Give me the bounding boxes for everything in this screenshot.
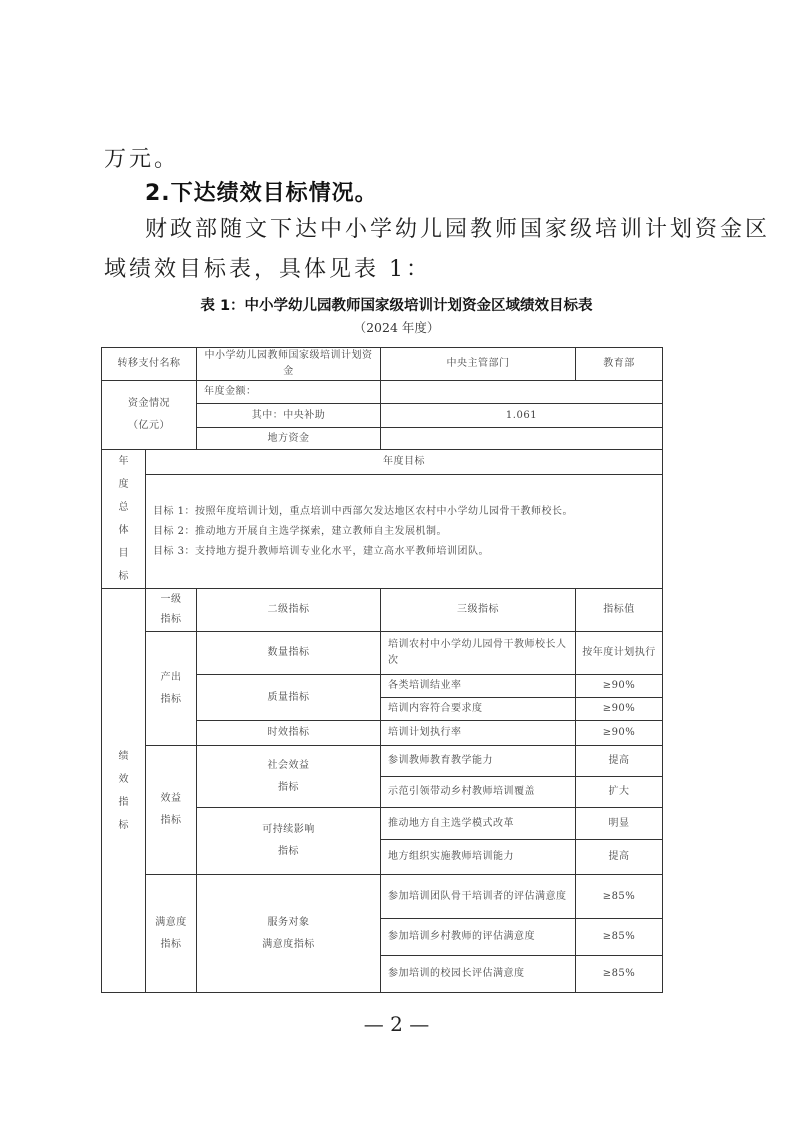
local-funds-value	[381, 428, 663, 450]
annual-goals-header: 年度目标	[146, 450, 663, 475]
level3-indicator: 参加培训团队骨干培训者的评估满意度	[381, 875, 576, 919]
service-label-line2: 满意度指标	[201, 934, 376, 956]
indicator-value: ≥85%	[576, 919, 663, 956]
body-text-line-1: 万元。	[104, 146, 179, 174]
level3-indicator: 参训教师教育教学能力	[381, 746, 576, 777]
table-row-goals-header: 年 度 总 体 目 标 年度目标	[102, 450, 663, 475]
side-char: 年	[106, 450, 141, 473]
page-number: — 2 —	[0, 1012, 793, 1036]
level3-indicator: 参加培训乡村教师的评估满意度	[381, 919, 576, 956]
quantity-indicator: 数量指标	[197, 632, 381, 675]
side-char: 绩	[106, 745, 141, 768]
table-subcaption: （2024 年度）	[0, 318, 793, 336]
indicator-value: 扩大	[576, 777, 663, 808]
timeliness-indicator: 时效指标	[197, 721, 381, 746]
table-row: 产出 指标 数量指标 培训农村中小学幼儿园骨干教师校长人次 按年度计划执行	[102, 632, 663, 675]
sustainable-label-line1: 可持续影响	[201, 819, 376, 841]
side-char: 度	[106, 473, 141, 496]
sustainable-label-line2: 指标	[201, 841, 376, 863]
satisfaction-label-line2: 指标	[150, 934, 192, 956]
transfer-name-label: 转移支付名称	[102, 348, 197, 381]
side-char: 体	[106, 519, 141, 542]
benefit-indicator-label: 效益 指标	[146, 746, 197, 875]
output-label-line2: 指标	[150, 689, 192, 711]
level3-indicator: 地方组织实施教师培训能力	[381, 840, 576, 875]
indicator-value: ≥85%	[576, 956, 663, 993]
social-label-line2: 指标	[201, 777, 376, 799]
level3-indicator: 参加培训的校园长评估满意度	[381, 956, 576, 993]
side-char: 总	[106, 496, 141, 519]
indicator-value: 提高	[576, 840, 663, 875]
benefit-label-line2: 指标	[150, 810, 192, 832]
annual-amount-label: 年度金额：	[197, 381, 381, 404]
goal-2: 目标 2：推动地方开展自主选学探索，建立教师自主发展机制。	[153, 522, 658, 542]
funds-label: 资金情况	[106, 393, 192, 415]
side-char: 标	[106, 814, 141, 837]
level3-column-header: 三级指标	[381, 589, 576, 632]
table-row-header: 转移支付名称 中小学幼儿园教师国家级培训计划资金 中央主管部门 教育部	[102, 348, 663, 381]
table-row: 满意度 指标 服务对象 满意度指标 参加培训团队骨干培训者的评估满意度 ≥85%	[102, 875, 663, 919]
dept-label: 中央主管部门	[381, 348, 576, 381]
table-row-indicator-columns: 绩 效 指 标 一级 指标 二级指标 三级指标 指标值	[102, 589, 663, 632]
level3-indicator: 推动地方自主选学模式改革	[381, 808, 576, 840]
table-row-goals-content: 目标 1：按照年度培训计划，重点培训中西部欠发达地区农村中小学幼儿园骨干教师校长…	[102, 475, 663, 589]
goal-1: 目标 1：按照年度培训计划，重点培训中西部欠发达地区农村中小学幼儿园骨干教师校长…	[153, 502, 658, 522]
side-char: 指	[106, 791, 141, 814]
indicator-value: ≥90%	[576, 721, 663, 746]
level3-indicator: 示范引领带动乡村教师培训覆盖	[381, 777, 576, 808]
level3-indicator: 培训内容符合要求度	[381, 698, 576, 721]
level3-indicator: 培训计划执行率	[381, 721, 576, 746]
central-subsidy-label: 其中：中央补助	[197, 404, 381, 428]
funds-label-cell: 资金情况 （亿元）	[102, 381, 197, 450]
body-text-line-2: 财政部随文下达中小学幼儿园教师国家级培训计划资金区	[145, 216, 770, 244]
level2-column-header: 二级指标	[197, 589, 381, 632]
transfer-name-value: 中小学幼儿园教师国家级培训计划资金	[197, 348, 381, 381]
output-indicator-label: 产出 指标	[146, 632, 197, 746]
indicator-value: ≥90%	[576, 675, 663, 698]
sustainable-impact-indicator: 可持续影响 指标	[197, 808, 381, 875]
section-heading: 2.下达绩效目标情况。	[145, 176, 378, 207]
level1-header-line2: 指标	[150, 610, 192, 630]
body-text-line-3: 域绩效目标表，具体见表 1：	[104, 256, 431, 284]
satisfaction-indicator-label: 满意度 指标	[146, 875, 197, 993]
output-label-line1: 产出	[150, 667, 192, 689]
side-char: 目	[106, 542, 141, 565]
indicator-value: 提高	[576, 746, 663, 777]
table-row: 效益 指标 社会效益 指标 参训教师教育教学能力 提高	[102, 746, 663, 777]
dept-value: 教育部	[576, 348, 663, 381]
level1-column-header: 一级 指标	[146, 589, 197, 632]
side-char: 标	[106, 565, 141, 588]
table-row-funds-annual: 资金情况 （亿元） 年度金额：	[102, 381, 663, 404]
central-subsidy-value: 1.061	[381, 404, 663, 428]
satisfaction-label-line1: 满意度	[150, 912, 192, 934]
funds-unit: （亿元）	[106, 415, 192, 437]
annual-amount-value	[381, 381, 663, 404]
side-char: 效	[106, 768, 141, 791]
level3-indicator: 各类培训结业率	[381, 675, 576, 698]
quality-indicator: 质量指标	[197, 675, 381, 721]
indicator-value: 明显	[576, 808, 663, 840]
indicator-value: ≥85%	[576, 875, 663, 919]
performance-indicators-side-label: 绩 效 指 标	[102, 589, 146, 993]
local-funds-label: 地方资金	[197, 428, 381, 450]
level3-indicator: 培训农村中小学幼儿园骨干教师校长人次	[381, 632, 576, 675]
annual-goals-content: 目标 1：按照年度培训计划，重点培训中西部欠发达地区农村中小学幼儿园骨干教师校长…	[146, 475, 663, 589]
table-caption: 表 1：中小学幼儿园教师国家级培训计划资金区域绩效目标表	[0, 294, 793, 315]
performance-target-table: 转移支付名称 中小学幼儿园教师国家级培训计划资金 中央主管部门 教育部 资金情况…	[101, 347, 663, 993]
indicator-value: ≥90%	[576, 698, 663, 721]
service-label-line1: 服务对象	[201, 912, 376, 934]
value-column-header: 指标值	[576, 589, 663, 632]
social-benefit-indicator: 社会效益 指标	[197, 746, 381, 808]
benefit-label-line1: 效益	[150, 788, 192, 810]
goal-3: 目标 3：支持地方提升教师培训专业化水平，建立高水平教师培训团队。	[153, 542, 658, 562]
indicator-value: 按年度计划执行	[576, 632, 663, 675]
overall-goals-side-label: 年 度 总 体 目 标	[102, 450, 146, 589]
level1-header-line1: 一级	[150, 590, 192, 610]
social-label-line1: 社会效益	[201, 755, 376, 777]
service-satisfaction-indicator: 服务对象 满意度指标	[197, 875, 381, 993]
